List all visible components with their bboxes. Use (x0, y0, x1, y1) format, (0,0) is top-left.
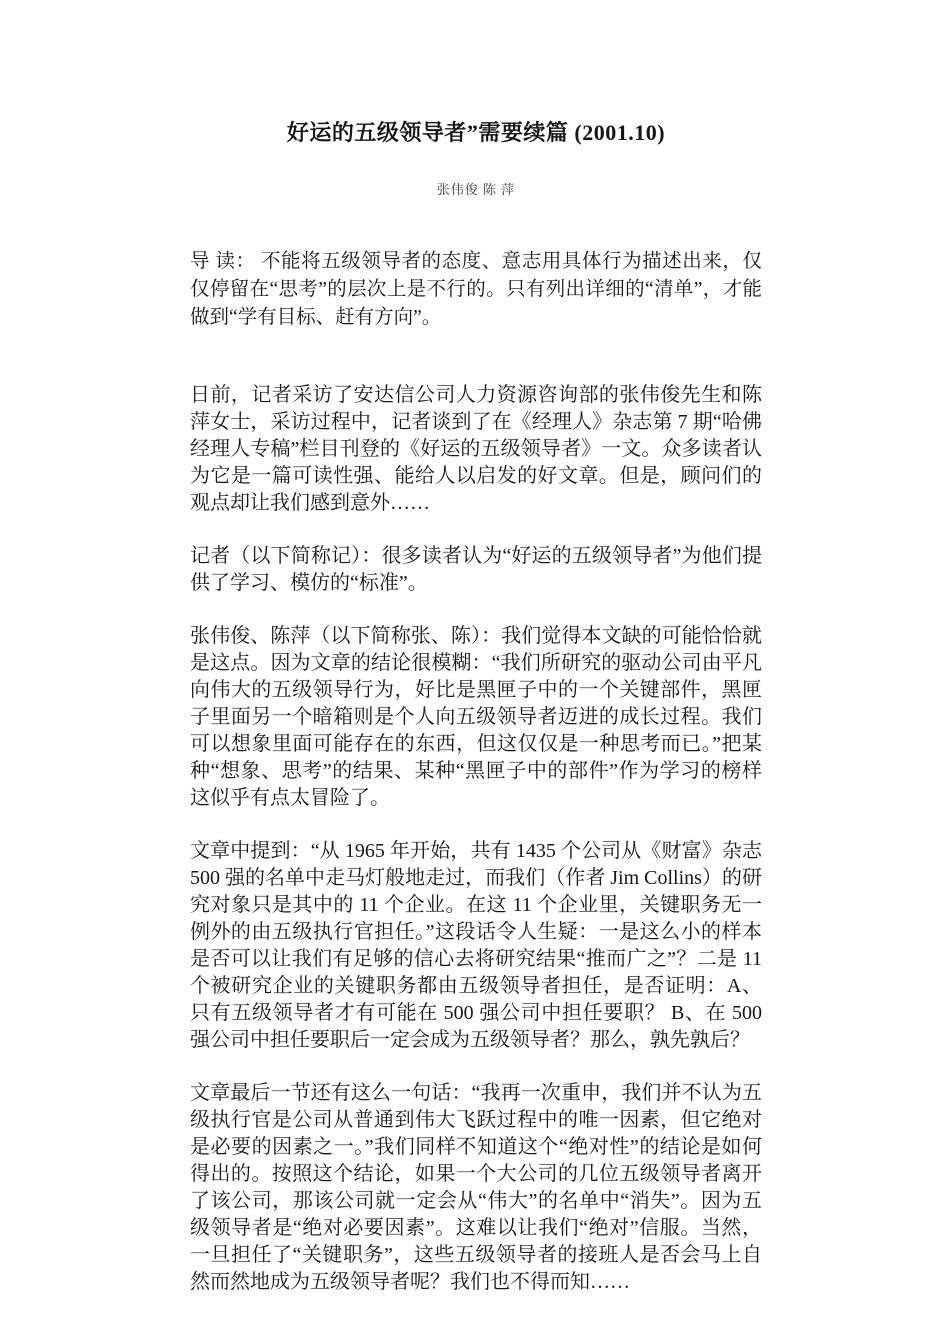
document-title: 好运的五级领导者”需要续篇 (2001.10) (190, 118, 762, 148)
paragraph: 日前，记者采访了安达信公司人力资源咨询部的张伟俊先生和陈萍女士，采访过程中，记者… (190, 382, 762, 517)
paragraph: 文章最后一节还有这么一句话：“我再一次重申，我们并不认为五级执行官是公司从普通到… (190, 1080, 762, 1296)
lead-paragraph: 导 读： 不能将五级领导者的态度、意志用具体行为描述出来，仅仅停留在“思考”的层… (190, 248, 762, 332)
document-authors: 张伟俊 陈 萍 (190, 179, 762, 198)
paragraph: 记者（以下简称记）：很多读者认为“好运的五级领导者”为他们提供了学习、模仿的“标… (190, 543, 762, 597)
paragraph: 张伟俊、陈萍（以下简称张、陈）：我们觉得本文缺的可能恰恰就是这点。因为文章的结论… (190, 623, 762, 812)
paragraph: 文章中提到：“从 1965 年开始，共有 1435 个公司从《财富》杂志 500… (190, 838, 762, 1054)
document-page: 好运的五级领导者”需要续篇 (2001.10) 张伟俊 陈 萍 导 读： 不能将… (0, 0, 950, 1344)
